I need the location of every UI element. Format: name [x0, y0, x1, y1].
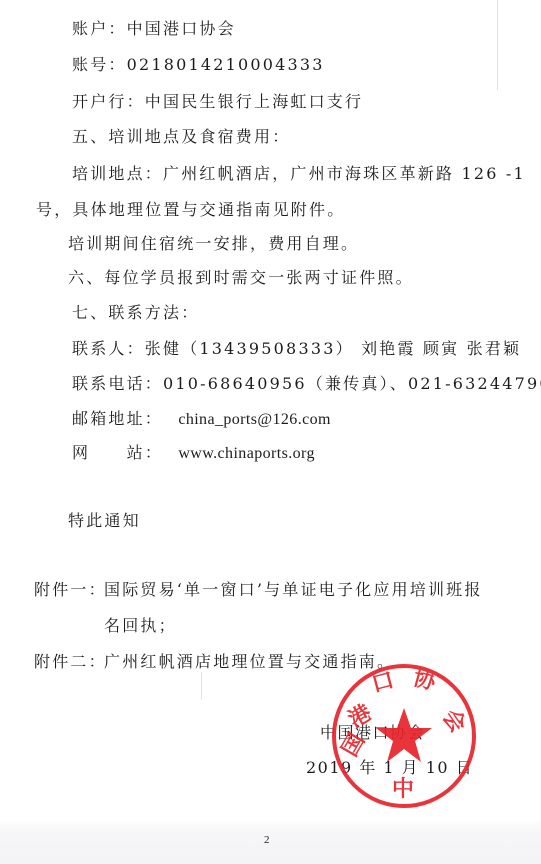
scan-artifact-line: [201, 672, 202, 700]
attachment-2-title: 广州红帆酒店地理位置与交通指南。: [104, 652, 395, 672]
svg-text:口: 口: [369, 668, 397, 698]
page-footer: [0, 820, 541, 864]
website-label: 网 站：: [72, 443, 163, 462]
scan-artifact-line: [497, 0, 498, 90]
section-6-heading: 六、每位学员报到时需交一张两寸证件照。: [68, 268, 414, 288]
section-5-heading: 五、培训地点及食宿费用：: [72, 127, 290, 147]
section-7-heading: 七、联系方法：: [72, 303, 199, 323]
training-location-line2: 号，具体地理位置与交通指南见附件。: [36, 200, 345, 220]
signature-date: 2019 年 1 月 10 日: [306, 758, 473, 778]
website-url: www.chinaports.org: [178, 445, 315, 462]
bank-name: 开户行：中国民生银行上海虹口支行: [72, 92, 363, 112]
document-page: 账户：中国港口协会 账号：0218014210004333 开户行：中国民生银行…: [0, 0, 541, 864]
account-name: 账户：中国港口协会: [72, 19, 236, 39]
attachment-1-title-cont: 名回执；: [104, 616, 177, 636]
svg-text:中: 中: [392, 776, 414, 802]
email-address: china_ports@126.com: [178, 411, 331, 428]
closing-notice: 特此通知: [68, 511, 141, 531]
contact-phone: 联系电话：010-68640956（兼传真）、021-63244790: [72, 374, 541, 394]
email-label: 邮箱地址：: [72, 409, 163, 428]
signature-organization: 中国港口协会: [320, 723, 425, 743]
training-location-line1: 培训地点：广州红帆酒店，广州市海珠区革新路 126 -1: [72, 164, 526, 184]
account-number: 账号：0218014210004333: [72, 55, 325, 75]
lodging-note: 培训期间住宿统一安排，费用自理。: [68, 234, 359, 254]
contact-persons: 联系人：张健（13439508333） 刘艳霞 顾寅 张君颖: [72, 339, 521, 359]
svg-text:会: 会: [437, 705, 471, 738]
svg-text:协: 协: [410, 665, 439, 696]
attachment-2-label: 附件二：: [34, 652, 107, 672]
attachment-1-label: 附件一：: [34, 580, 107, 600]
email-row: 邮箱地址： china_ports@126.com: [72, 409, 331, 430]
attachment-1-title: 国际贸易‘单一窗口’与单证电子化应用培训班报: [104, 580, 483, 600]
website-row: 网 站： www.chinaports.org: [72, 443, 315, 464]
page-number: 2: [264, 834, 270, 846]
